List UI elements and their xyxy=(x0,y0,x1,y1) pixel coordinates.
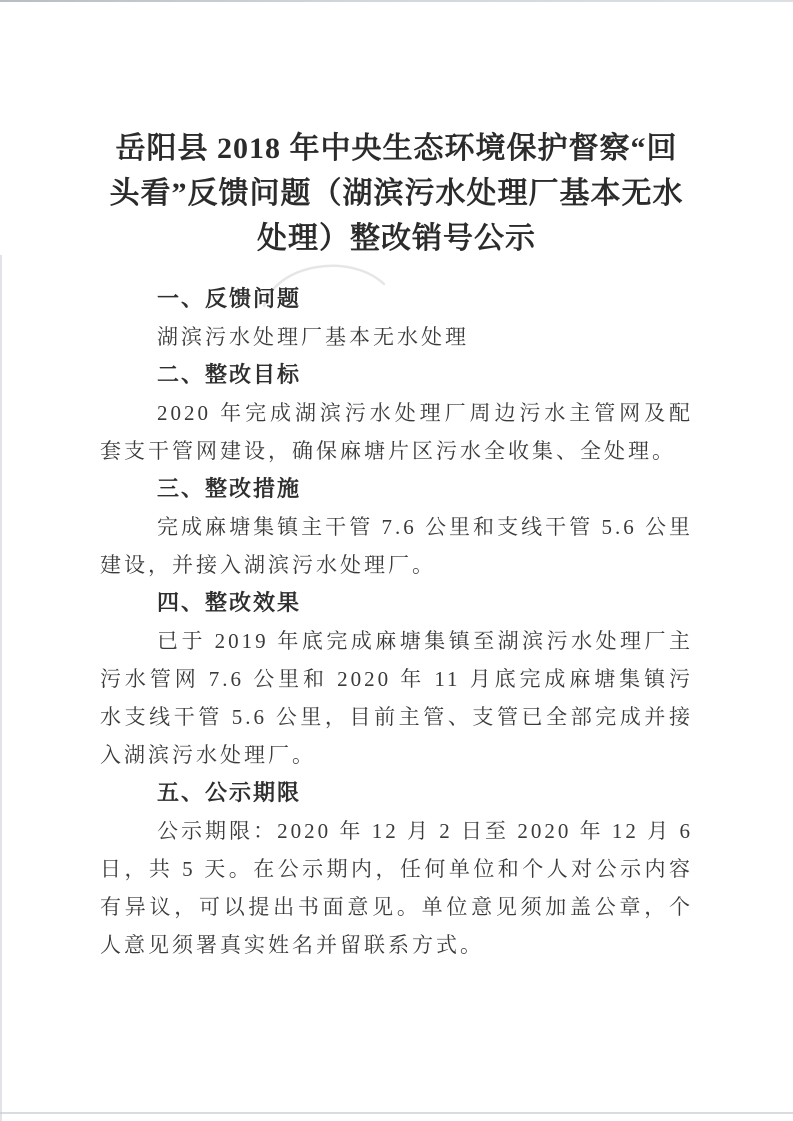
section-heading: 一、反馈问题 xyxy=(157,280,693,318)
section-heading: 四、整改效果 xyxy=(157,584,693,622)
scanned-notice-page: 岳阳县 2018 年中央生态环境保护督察“回 头看”反馈问题（湖滨污水处理厂基本… xyxy=(0,0,793,1121)
scan-edge-bottom xyxy=(0,1112,793,1114)
section-body: 公示期限：2020 年 12 月 2 日至 2020 年 12 月 6 日，共 … xyxy=(100,812,693,964)
section-publicity-period: 五、公示期限 公示期限：2020 年 12 月 2 日至 2020 年 12 月… xyxy=(100,774,693,964)
document-body: 一、反馈问题 湖滨污水处理厂基本无水处理 二、整改目标 2020 年完成湖滨污水… xyxy=(100,280,693,964)
section-rectification-effect: 四、整改效果 已于 2019 年底完成麻塘集镇至湖滨污水处理厂主污水管网 7.6… xyxy=(100,584,693,774)
section-body: 湖滨污水处理厂基本无水处理 xyxy=(100,318,693,356)
section-body: 完成麻塘集镇主干管 7.6 公里和支线干管 5.6 公里建设，并接入湖滨污水处理… xyxy=(100,508,693,584)
section-feedback-problem: 一、反馈问题 湖滨污水处理厂基本无水处理 xyxy=(100,280,693,356)
title-line-3: 处理）整改销号公示 xyxy=(56,216,737,261)
scan-edge-top xyxy=(0,0,793,2)
section-heading: 三、整改措施 xyxy=(157,470,693,508)
section-rectification-measures: 三、整改措施 完成麻塘集镇主干管 7.6 公里和支线干管 5.6 公里建设，并接… xyxy=(100,470,693,584)
section-rectification-goal: 二、整改目标 2020 年完成湖滨污水处理厂周边污水主管网及配套支干管网建设，确… xyxy=(100,356,693,470)
section-body: 已于 2019 年底完成麻塘集镇至湖滨污水处理厂主污水管网 7.6 公里和 20… xyxy=(100,622,693,774)
scan-edge-left xyxy=(0,255,2,1121)
document-title: 岳阳县 2018 年中央生态环境保护督察“回 头看”反馈问题（湖滨污水处理厂基本… xyxy=(56,126,737,261)
section-heading: 二、整改目标 xyxy=(157,356,693,394)
section-heading: 五、公示期限 xyxy=(157,774,693,812)
section-body: 2020 年完成湖滨污水处理厂周边污水主管网及配套支干管网建设，确保麻塘片区污水… xyxy=(100,394,693,470)
title-line-1: 岳阳县 2018 年中央生态环境保护督察“回 xyxy=(56,126,737,171)
title-line-2: 头看”反馈问题（湖滨污水处理厂基本无水 xyxy=(56,171,737,216)
